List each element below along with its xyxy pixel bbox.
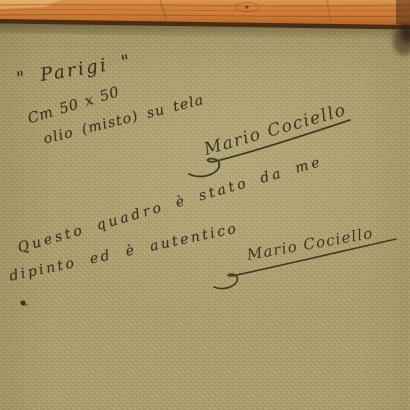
artist-signature-top: Mario Cociello <box>189 100 350 176</box>
painting-verso-photo: Mario Cociello Mario Cociello " Parigi "… <box>0 0 410 410</box>
ink-speck-tail <box>26 304 28 306</box>
wood-end-shadow <box>396 0 410 26</box>
artist-signature-bottom: Mario Cociello <box>214 224 396 289</box>
wood-knot-center <box>245 5 248 8</box>
ink-speck <box>20 300 25 305</box>
signature-top-text: Mario Cociello <box>201 100 349 160</box>
